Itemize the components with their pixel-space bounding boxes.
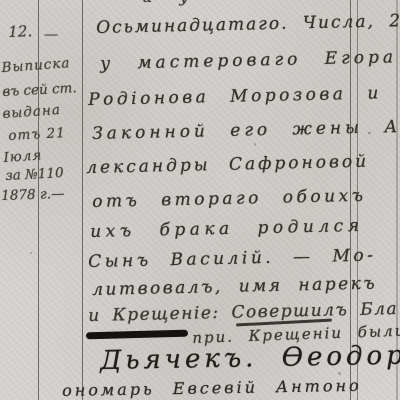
manuscript-line: у мастероваго Егора xyxy=(100,47,397,74)
margin-dash: — xyxy=(44,27,58,43)
manuscript-line: Родіонова Морозова и xyxy=(88,83,382,110)
previous-line-fragment: и у xyxy=(142,0,193,6)
margin-note-line: Выписка xyxy=(1,55,71,76)
margin-note-line: отъ 21 xyxy=(8,125,66,144)
manuscript-line: Сынъ Василій. — Мо- xyxy=(88,245,377,272)
manuscript-line: и Крещеніе: Совершилъ Бла xyxy=(88,299,398,326)
manuscript-line: отъ втораго обоихъ xyxy=(92,186,367,212)
ink-speck xyxy=(338,372,341,375)
manuscript-line: литвовалъ, имя нарекъ xyxy=(92,274,377,300)
manuscript-page: и у 12. — Выписка въ сей ст. выдана отъ … xyxy=(0,0,400,400)
margin-note-line: за №110 xyxy=(5,165,64,184)
manuscript-line: лександры Сафроновой xyxy=(86,152,369,178)
ink-speck xyxy=(254,143,256,146)
margin-note-line: выдана xyxy=(2,102,61,122)
column-rule-margin xyxy=(82,0,83,400)
manuscript-line-large: Дьячекъ. Ѳеодоръ ( xyxy=(100,340,400,376)
manuscript-line-cut: ономарь Евсевій Антоно xyxy=(62,376,362,400)
margin-note-line: въ сей ст. xyxy=(2,80,77,100)
margin-note-line: 1878 г.— xyxy=(1,186,65,204)
ink-strikethrough-bar xyxy=(86,330,188,340)
manuscript-line: Законной его жены А — xyxy=(92,116,400,144)
record-number: 12. xyxy=(8,22,32,41)
manuscript-line: ихъ брака родился xyxy=(90,216,364,242)
ink-speck xyxy=(30,252,32,254)
manuscript-line: Осьминадцатаго. Числа, 26 xyxy=(96,11,400,38)
margin-note-line: Іюля xyxy=(3,147,43,166)
